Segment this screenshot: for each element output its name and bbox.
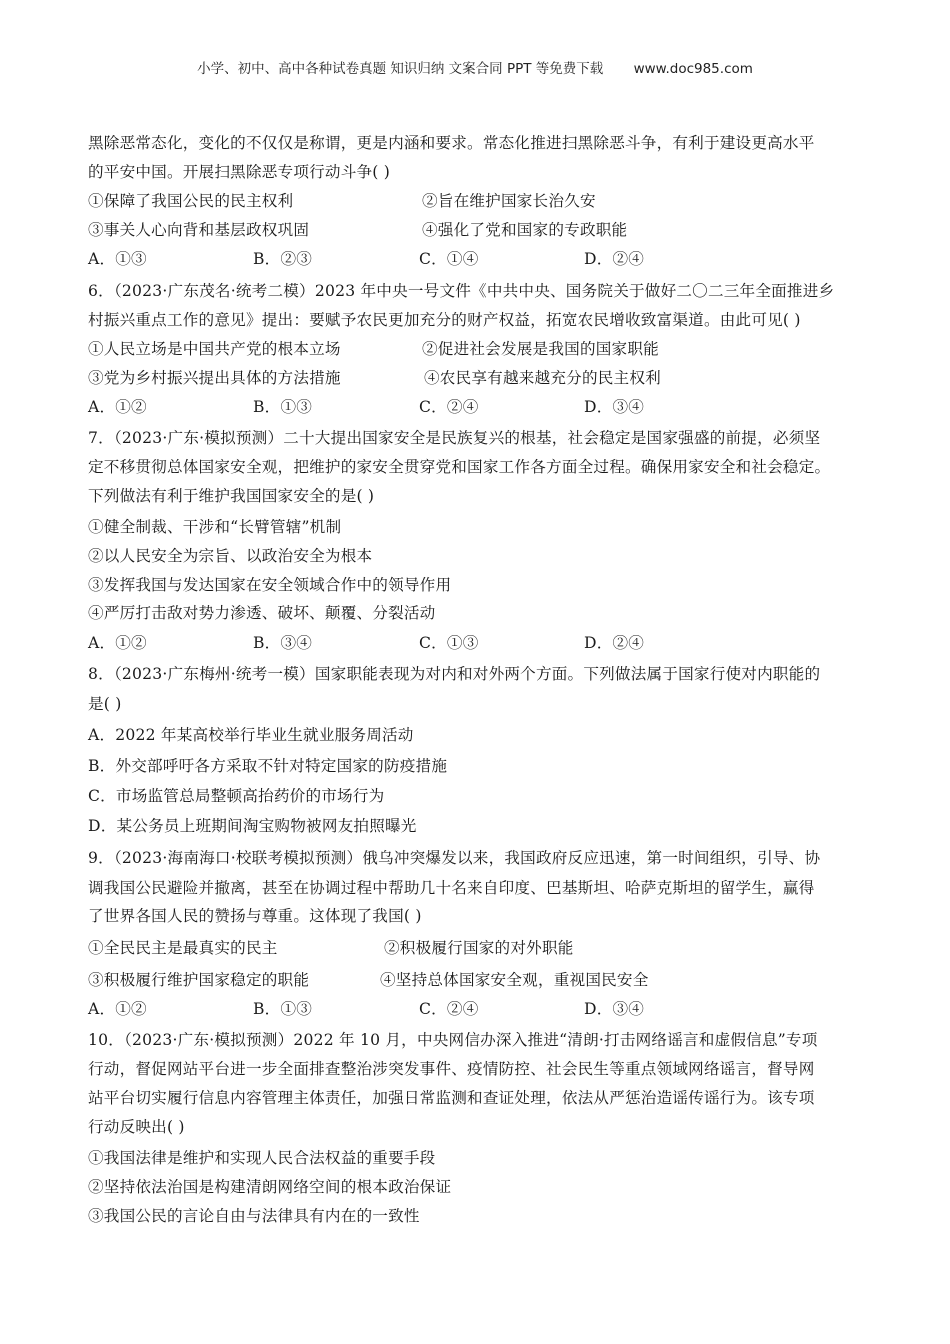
q7-answer-a[interactable]: A．①② (88, 633, 147, 653)
q9-stem-line-2: 调我国公民避险并撤离，甚至在协调过程中帮助几十名来自印度、巴基斯坦、哈萨克斯坦的… (88, 878, 815, 898)
q8-answer-a[interactable]: A．2022 年某高校举行毕业生就业服务周活动 (88, 725, 414, 745)
q7-stem-line-2: 定不移贯彻总体国家安全观，把维护的家安全贯穿党和国家工作各方面全过程。确保用家安… (88, 457, 830, 477)
q9-option-4: ④坚持总体国家安全观，重视国民安全 (380, 970, 649, 990)
q5-option-2: ②旨在维护国家长治久安 (422, 191, 596, 211)
q9-option-1: ①全民民主是最真实的民主 (88, 938, 278, 958)
q6-option-3: ③党为乡村振兴提出具体的方法措施 (88, 368, 341, 388)
q7-answer-d[interactable]: D．②④ (584, 633, 644, 653)
q7-answer-c[interactable]: C．①③ (419, 633, 479, 653)
q9-answer-b[interactable]: B．①③ (253, 999, 312, 1019)
q5-answer-a[interactable]: A．①③ (88, 249, 147, 269)
q6-stem-line-2: 村振兴重点工作的意见》提出：要赋予农民更加充分的财产权益，拓宽农民增收致富渠道。… (88, 310, 801, 330)
q7-option-3: ③发挥我国与发达国家在安全领域合作中的领导作用 (88, 575, 451, 595)
q7-answer-b[interactable]: B．③④ (253, 633, 312, 653)
q6-option-2: ②促进社会发展是我国的国家职能 (422, 339, 659, 359)
q5-answer-d[interactable]: D．②④ (584, 249, 644, 269)
q6-option-4: ④农民享有越来越充分的民主权利 (424, 368, 661, 388)
q5-answer-b[interactable]: B．②③ (253, 249, 312, 269)
q6-answer-d[interactable]: D．③④ (584, 397, 644, 417)
q5-option-4: ④强化了党和国家的专政职能 (422, 220, 627, 240)
q5-stem-line-2: 的平安中国。开展扫黑除恶专项行动斗争( ) (88, 162, 390, 182)
q7-stem-line-3: 下列做法有利于维护我国国家安全的是( ) (88, 486, 374, 506)
q9-answer-d[interactable]: D．③④ (584, 999, 644, 1019)
q7-stem-line-1: 7．（2023·广东·模拟预测）二十大提出国家安全是民族复兴的根基，社会稳定是国… (88, 428, 820, 448)
q10-stem-line-1: 10．（2023·广东·模拟预测）2022 年 10 月，中央网信办深入推进“清… (88, 1030, 818, 1050)
q8-answer-b[interactable]: B．外交部呼吁各方采取不针对特定国家的防疫措施 (88, 756, 447, 776)
q7-option-4: ④严厉打击敌对势力渗透、破坏、颠覆、分裂活动 (88, 603, 435, 623)
q5-option-3: ③事关人心向背和基层政权巩固 (88, 220, 309, 240)
header-text: 小学、初中、高中各种试卷真题 知识归纳 文案合同 PPT 等免费下载 (197, 61, 603, 77)
q8-stem-line-1: 8．（2023·广东梅州·统考一模）国家职能表现为对内和对外两个方面。下列做法属… (88, 664, 820, 684)
q9-option-2: ②积极履行国家的对外职能 (384, 938, 574, 958)
q5-answer-c[interactable]: C．①④ (419, 249, 479, 269)
q10-option-1: ①我国法律是维护和实现人民合法权益的重要手段 (88, 1148, 435, 1168)
q8-answer-c[interactable]: C．市场监管总局整顿高抬药价的市场行为 (88, 786, 384, 806)
q6-option-1: ①人民立场是中国共产党的根本立场 (88, 339, 341, 359)
q10-stem-line-4: 行动反映出( ) (88, 1117, 185, 1137)
q10-stem-line-2: 行动，督促网站平台进一步全面排查整治涉突发事件、疫情防控、社会民生等重点领域网络… (88, 1059, 815, 1079)
q9-answer-c[interactable]: C．②④ (419, 999, 479, 1019)
header-site-link[interactable]: www.doc985.com (634, 61, 753, 77)
q6-answer-b[interactable]: B．①③ (253, 397, 312, 417)
q10-option-2: ②坚持依法治国是构建清朗网络空间的根本政治保证 (88, 1177, 451, 1197)
q9-stem-line-3: 了世界各国人民的赞扬与尊重。这体现了我国( ) (88, 906, 422, 926)
q8-answer-d[interactable]: D．某公务员上班期间淘宝购物被网友拍照曝光 (88, 816, 417, 836)
q6-stem-line-1: 6．（2023·广东茂名·统考二模）2023 年中央一号文件《中共中央、国务院关… (88, 281, 834, 301)
q8-stem-line-2: 是( ) (88, 694, 122, 714)
q9-answer-a[interactable]: A．①② (88, 999, 147, 1019)
q7-option-1: ①健全制裁、干涉和“长臂管辖”机制 (88, 517, 341, 537)
q6-answer-a[interactable]: A．①② (88, 397, 147, 417)
q5-option-1: ①保障了我国公民的民主权利 (88, 191, 293, 211)
q5-stem-line-1: 黑除恶常态化，变化的不仅仅是称谓，更是内涵和要求。常态化推进扫黑除恶斗争，有利于… (88, 133, 815, 153)
q10-stem-line-3: 站平台切实履行信息内容管理主体责任，加强日常监测和查证处理，依法从严惩治造谣传谣… (88, 1088, 815, 1108)
page-header: 小学、初中、高中各种试卷真题 知识归纳 文案合同 PPT 等免费下载 www.d… (0, 57, 950, 77)
q9-option-3: ③积极履行维护国家稳定的职能 (88, 970, 309, 990)
q9-stem-line-1: 9．（2023·海南海口·校联考模拟预测）俄乌冲突爆发以来，我国政府反应迅速，第… (88, 848, 820, 868)
q10-option-3: ③我国公民的言论自由与法律具有内在的一致性 (88, 1206, 420, 1226)
q6-answer-c[interactable]: C．②④ (419, 397, 479, 417)
q7-option-2: ②以人民安全为宗旨、以政治安全为根本 (88, 546, 372, 566)
